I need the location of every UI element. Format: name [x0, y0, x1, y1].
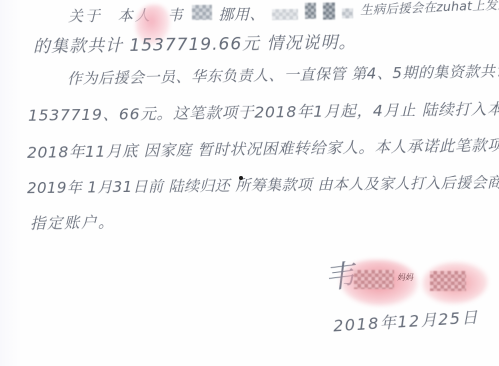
handwritten-line-7: 指定账户。 — [30, 210, 115, 233]
redaction-mosaic-pink — [354, 270, 394, 289]
redaction-mosaic — [323, 3, 335, 20]
handwritten-line-2: 的集款共计 1537719.66元 情况说明。 — [33, 28, 357, 58]
document-photo: 关于 本人 韦 挪用、 生病后援会在zuhat上发起 的集款共计 1537719… — [0, 0, 499, 366]
redaction-mosaic — [342, 8, 353, 18]
redaction-mosaic — [191, 5, 211, 20]
redaction-mosaic-pink — [430, 271, 466, 291]
signature-block: 韦 妈妈 — [318, 250, 488, 310]
handwritten-line-4: 1537719、66元。这笔款项于2018年1月起，4月止 陆续打入本人的账户 — [28, 96, 499, 126]
handwritten-line-5: 2018年11月底 因家庭 暂时状况困难转给家人。本人承诺此笔款项在 — [27, 133, 499, 163]
redaction-mosaic — [305, 3, 316, 19]
handwritten-line-1: 关于 本人 韦 挪用、 生病后援会在zuhat上发起 — [68, 1, 499, 27]
handwritten-line-6: 2019年 1月31日前 陆续归还 所筹集款项 由本人及家人打入后援会商议后的 — [27, 171, 499, 198]
line1-text-right: 生病后援会在zuhat上发起 — [360, 0, 499, 18]
redaction-mosaic — [272, 9, 298, 20]
line1-text-mid: 挪用、 — [218, 3, 265, 24]
stamp-note-text: 妈妈 — [397, 272, 413, 283]
handwritten-line-3: 作为后援会一员、华东负责人、一直保管 第4、5期的集资款共计 — [67, 60, 499, 89]
ink-dot — [239, 176, 243, 180]
